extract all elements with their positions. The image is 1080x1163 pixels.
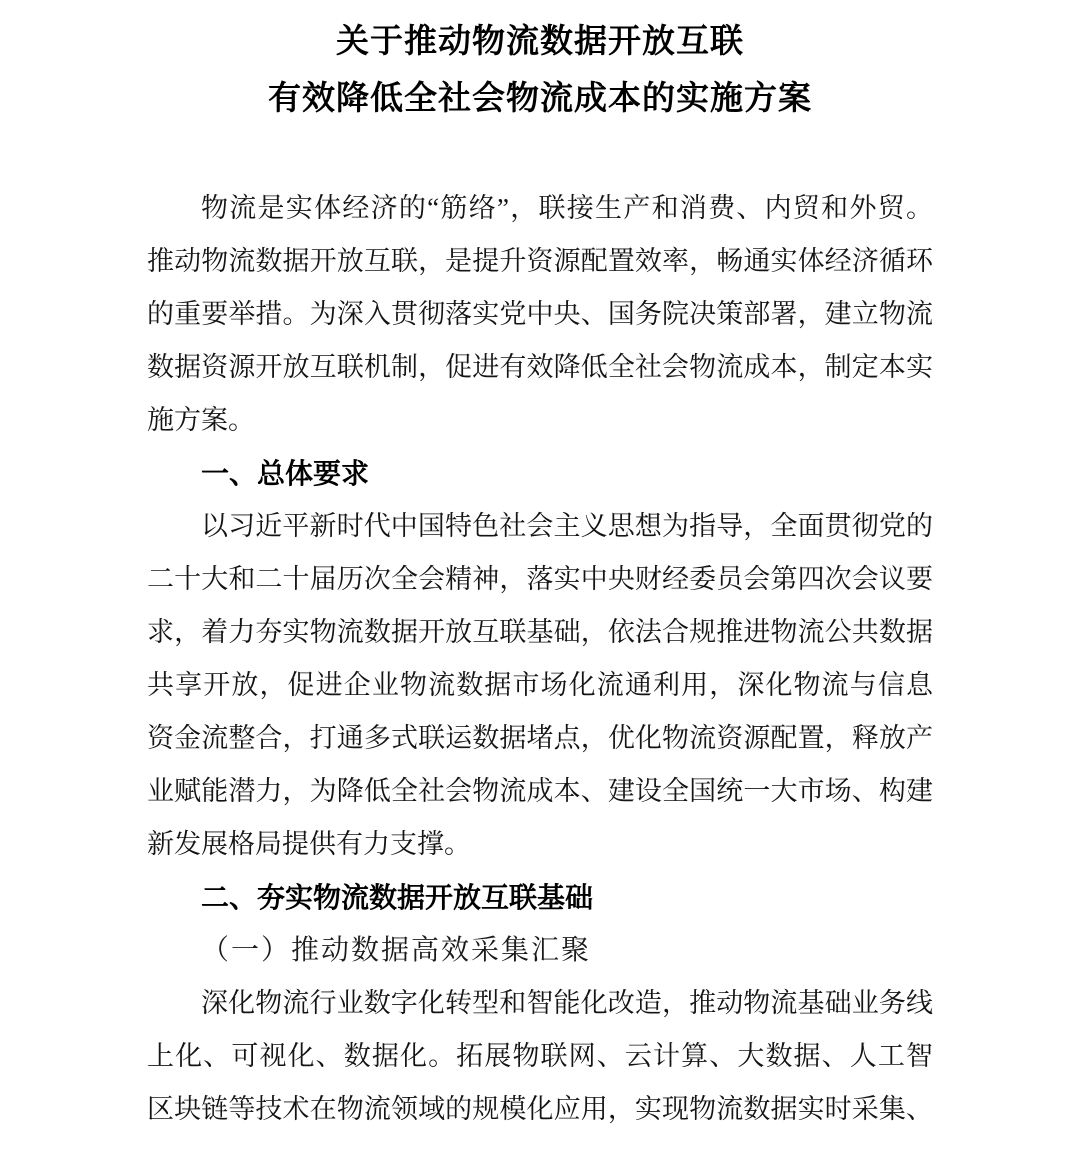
intro-paragraph-line: 的重要举措。为深入贯彻落实党中央、国务院决策部署，建立物流 — [147, 288, 933, 341]
section-2-paragraph-line: 区块链等技术在物流领域的规模化应用，实现物流数据实时采集、 — [147, 1083, 933, 1136]
section-1-paragraph-line: 业赋能潜力，为降低全社会物流成本、建设全国统一大市场、构建 — [147, 765, 933, 818]
section-1-paragraph-line: 共享开放，促进企业物流数据市场化流通利用，深化物流与信息流、 — [147, 659, 933, 712]
intro-paragraph-line: 数据资源开放互联机制，促进有效降低全社会物流成本，制定本实 — [147, 341, 933, 394]
intro-paragraph-line: 推动物流数据开放互联，是提升资源配置效率，畅通实体经济循环 — [147, 235, 933, 288]
section-2-paragraph-line: 上化、可视化、数据化。拓展物联网、云计算、大数据、人工智能、 — [147, 1030, 933, 1083]
section-2-subsection-1-heading: （一）推动数据高效采集汇聚 — [147, 924, 933, 977]
document-title: 关于推动物流数据开放互联 有效降低全社会物流成本的实施方案 — [0, 0, 1080, 128]
section-1-heading: 一、总体要求 — [147, 447, 933, 500]
document-title-line-1: 关于推动物流数据开放互联 — [0, 14, 1080, 71]
section-1-paragraph-line: 二十大和二十届历次全会精神，落实中央财经委员会第四次会议要 — [147, 553, 933, 606]
intro-paragraph-line: 物流是实体经济的“筋络”，联接生产和消费、内贸和外贸。 — [147, 182, 933, 235]
section-1-paragraph-line: 新发展格局提供有力支撑。 — [147, 818, 933, 871]
section-1-paragraph-line: 以习近平新时代中国特色社会主义思想为指导，全面贯彻党的 — [147, 500, 933, 553]
section-2-heading: 二、夯实物流数据开放互联基础 — [147, 871, 933, 924]
section-2-paragraph-line: 深化物流行业数字化转型和智能化改造，推动物流基础业务线 — [147, 977, 933, 1030]
section-1-paragraph-line: 资金流整合，打通多式联运数据堵点，优化物流资源配置，释放产 — [147, 712, 933, 765]
intro-paragraph-line: 施方案。 — [147, 394, 933, 447]
document-body: 物流是实体经济的“筋络”，联接生产和消费、内贸和外贸。 推动物流数据开放互联，是… — [147, 182, 933, 1136]
document-page: 关于推动物流数据开放互联 有效降低全社会物流成本的实施方案 物流是实体经济的“筋… — [0, 0, 1080, 1163]
section-1-paragraph-line: 求，着力夯实物流数据开放互联基础，依法合规推进物流公共数据 — [147, 606, 933, 659]
document-title-line-2: 有效降低全社会物流成本的实施方案 — [0, 71, 1080, 128]
